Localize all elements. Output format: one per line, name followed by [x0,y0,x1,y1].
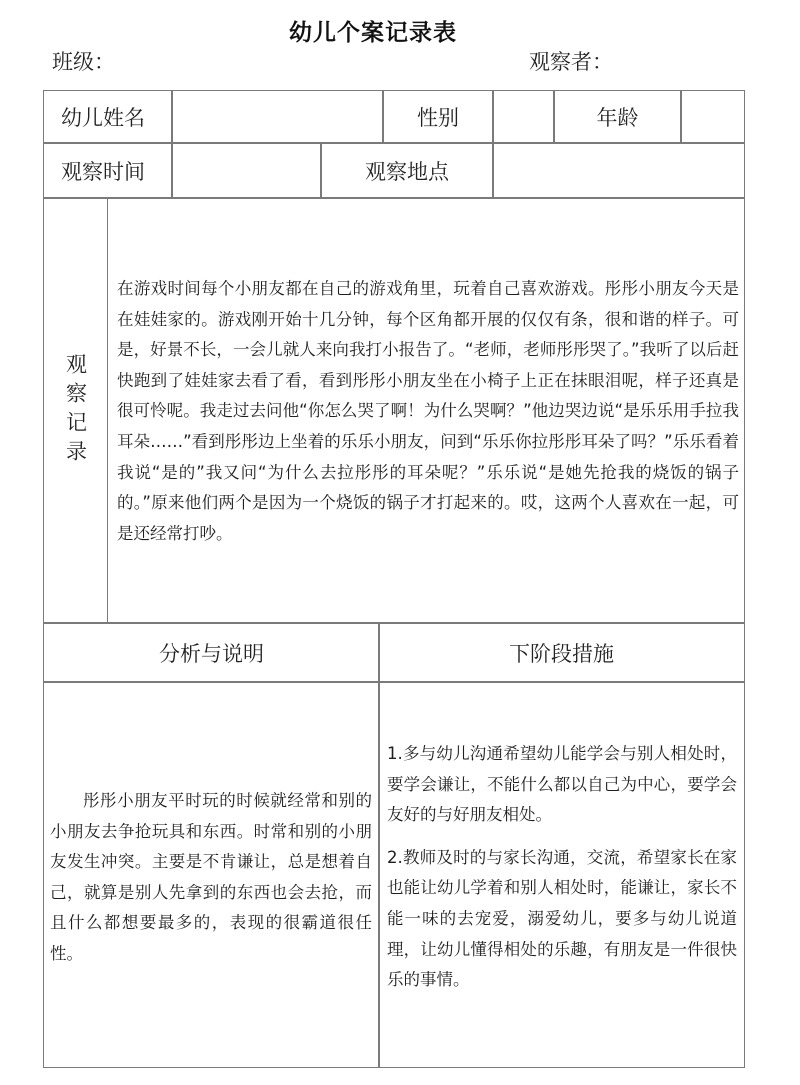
class-label: 班级： [52,46,115,76]
gender-label: 性别 [382,90,494,144]
observation-record-text: 在游戏时间每个小朋友都在自己的游戏角里，玩着自己喜欢游戏。彤彤小朋友今天是在娃娃… [117,274,739,549]
age-field[interactable] [680,90,745,144]
next-step-item: 2.教师及时的与家长沟通，交流，希望家长在家也能让幼儿学着和别人相处时，能谦让，… [387,843,737,996]
next-steps-list: 1.多与幼儿沟通希望幼儿能学会与别人相处时，要学会谦让，不能什么都以自己为中心，… [387,739,737,1008]
observer-label: 观察者： [529,46,613,76]
observation-record-label-cell: 观察记录 [43,197,108,624]
observation-place-label: 观察地点 [320,142,494,199]
observation-time-field[interactable] [171,142,322,199]
age-label: 年龄 [553,90,682,144]
child-name-field[interactable] [171,90,384,144]
observation-record-label: 观察记录 [61,353,91,469]
child-name-label: 幼儿姓名 [43,90,173,144]
next-steps-header: 下阶段措施 [378,622,745,683]
observation-place-field[interactable] [492,142,745,199]
document-title: 幼儿个案记录表 [0,14,746,47]
next-step-item: 1.多与幼儿沟通希望幼儿能学会与别人相处时，要学会谦让，不能什么都以自己为中心，… [387,739,737,831]
observation-time-label: 观察时间 [43,142,173,199]
analysis-header: 分析与说明 [43,622,380,683]
analysis-text: 彤彤小朋友平时玩的时候就经常和别的小朋友去争抢玩具和东西。时常和别的小朋友发生冲… [50,786,372,970]
gender-field[interactable] [492,90,555,144]
